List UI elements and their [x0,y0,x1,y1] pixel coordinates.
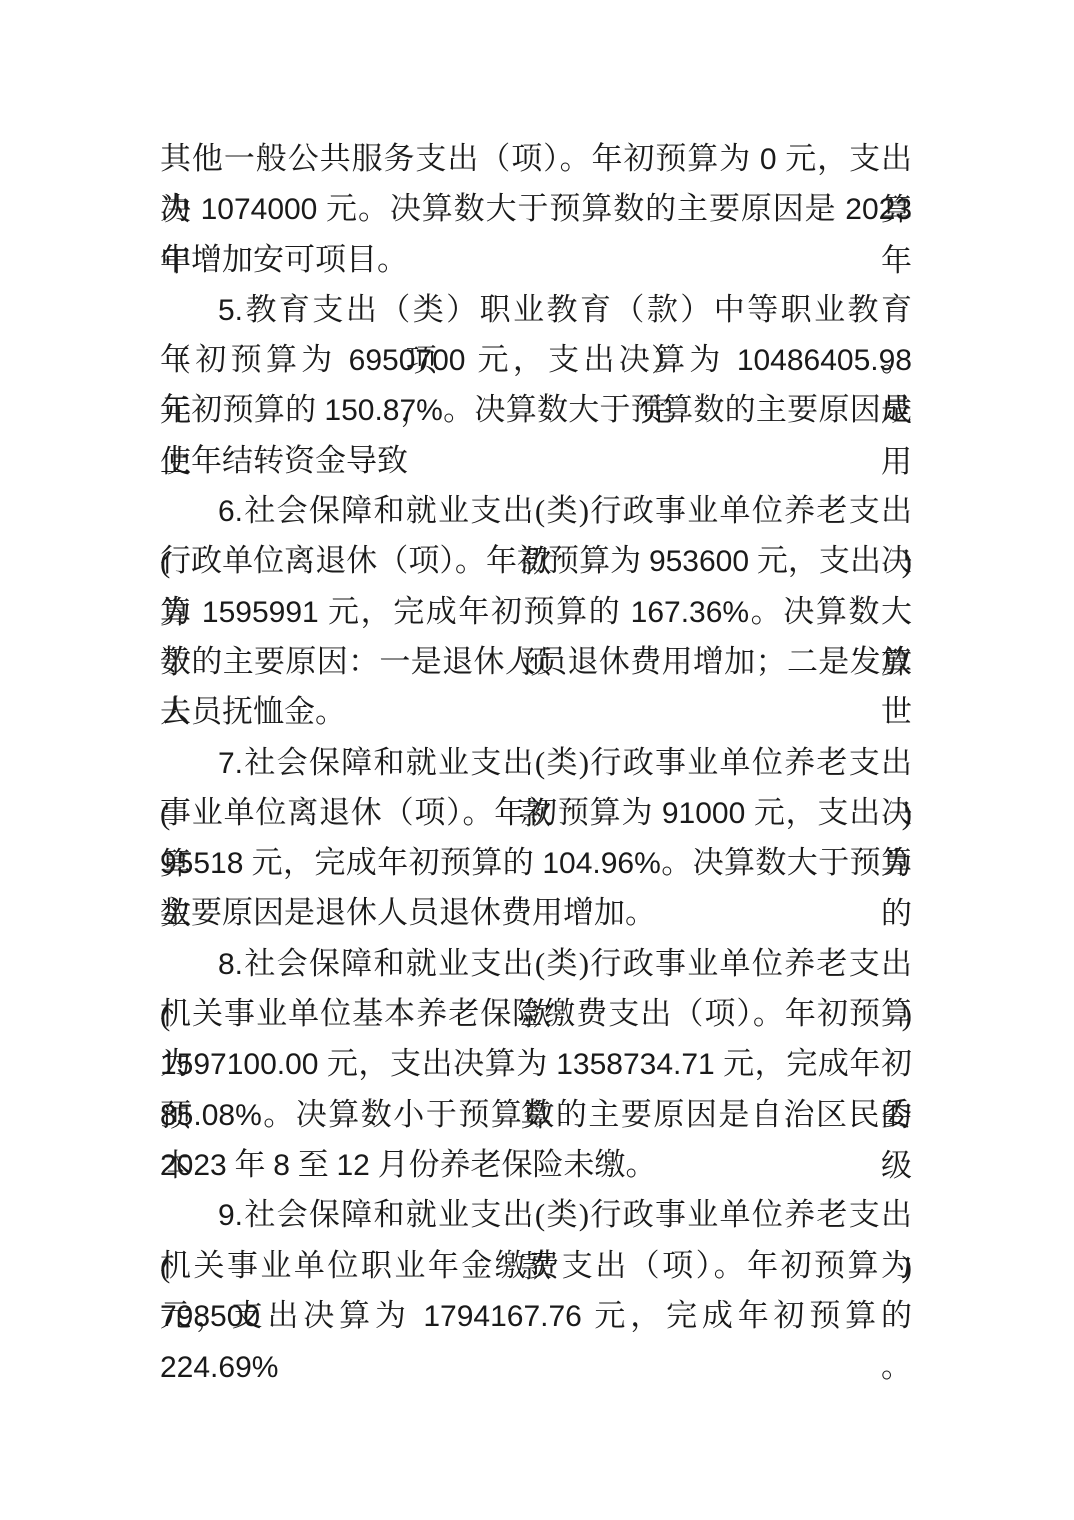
text-line: 5.教育支出（类）职业教育（款）中等职业教育（项）。 [160,285,912,335]
numeric-value: 104.96% [542,847,660,880]
text-line: 事业单位离退休（项）。年初预算为 91000 元，支出决算为 [160,788,912,838]
text-run: 至 [290,1147,337,1182]
numeric-value: 224.69% [160,1351,278,1384]
document-text-block: 其他一般公共服务支出（项）。年初预算为 0 元，支出决算为 1074000 元。… [160,134,912,1341]
text-line: 行政单位离退休（项）。年初预算为 953600 元，支出决算 [160,536,912,586]
text-line: 8.社会保障和就业支出(类)行政事业单位养老支出(款) [160,939,912,989]
text-line: 9.社会保障和就业支出(类)行政事业单位养老支出(款) [160,1190,912,1240]
numeric-value: 7. [218,747,243,780]
text-line: 7.社会保障和就业支出(类)行政事业单位养老支出(款) [160,738,912,788]
text-run: 元，完成年初预算的 [582,1298,912,1333]
numeric-value: 95518 [160,847,243,880]
text-run: 元，完成年初预算的 [319,594,631,629]
text-run: 年初预算为 [160,342,349,377]
text-line: 1597100.00 元，支出决算为 1358734.71 元，完成年初预算的 [160,1039,912,1089]
text-run: 年初预算的 [160,392,324,427]
numeric-value: 10486405.98 [737,344,912,377]
text-run: 元，支出决算为 [160,1298,423,1333]
numeric-value: 9. [218,1199,243,1232]
text-line: 6.社会保障和就业支出(类)行政事业单位养老支出(款) [160,486,912,536]
numeric-value: 167.36% [631,596,749,629]
text-run: 元，完成年初预算的 [243,845,542,880]
text-line: 元，支出决算为 1794167.76 元，完成年初预算的 224.69%。 [160,1291,912,1341]
numeric-value: 8 [273,1149,290,1182]
paragraph: 6.社会保障和就业支出(类)行政事业单位养老支出(款)行政单位离退休（项）。年初… [160,486,912,737]
text-line: 95518 元，完成年初预算的 104.96%。决算数大于预算数的 [160,838,912,888]
paragraph: 7.社会保障和就业支出(类)行政事业单位养老支出(款)事业单位离退休（项）。年初… [160,738,912,939]
text-run: 元。决算数大于预算数的主要原因是 [317,191,845,226]
numeric-value: 2023 [160,1149,227,1182]
numeric-value: 8. [218,948,243,981]
text-run: 上年结转资金导致 [160,443,408,478]
text-run: 中增加安可项目。 [160,242,408,277]
numeric-value: 12 [336,1149,369,1182]
paragraph: 9.社会保障和就业支出(类)行政事业单位养老支出(款)机关事业单位职业年金缴费支… [160,1190,912,1341]
numeric-value: 0 [760,143,777,176]
text-line: 机关事业单位职业年金缴费支出（项）。年初预算为 798500 [160,1241,912,1291]
paragraph: 其他一般公共服务支出（项）。年初预算为 0 元，支出决算为 1074000 元。… [160,134,912,285]
text-line: 85.08%。决算数小于预算数的主要原因是自治区民委本级 [160,1090,912,1140]
text-line: 数的主要原因：一是退休人员退休费用增加；二是发放去世 [160,637,912,687]
text-run: 年 [227,1147,274,1182]
numeric-value: 5. [218,294,243,327]
text-line: 为 1595991 元，完成年初预算的 167.36%。决算数大于预算 [160,587,912,637]
numeric-value: 1074000 [201,193,318,226]
text-run: 机关事业单位职业年金缴费支出（项）。年初预算为 [160,1248,912,1283]
text-line: 年初预算为 6950700 元，支出决算为 10486405.98 元，完成 [160,335,912,385]
text-line: 机关事业单位基本养老保险缴费支出（项）。年初预算为 [160,989,912,1039]
numeric-value: 6. [218,495,243,528]
numeric-value: 1794167.76 [423,1300,582,1333]
text-run: 。 [278,1349,912,1384]
numeric-value: 1595991 [202,596,319,629]
paragraph: 5.教育支出（类）职业教育（款）中等职业教育（项）。年初预算为 6950700 … [160,285,912,486]
text-run: 为 [160,594,202,629]
numeric-value: 85.08% [160,1099,262,1132]
numeric-value: 2023 [845,193,912,226]
numeric-value: 1597100.00 [160,1048,319,1081]
text-run: 月份养老保险未缴。 [370,1147,657,1182]
text-run: 人员抚恤金。 [160,694,346,729]
numeric-value: 91000 [662,797,745,830]
numeric-value: 150.87% [324,394,442,427]
text-run: 其他一般公共服务支出（项）。年初预算为 [160,141,760,176]
document-page: 其他一般公共服务支出（项）。年初预算为 0 元，支出决算为 1074000 元。… [0,0,1074,1520]
text-run: 元，支出决算为 [465,342,736,377]
numeric-value: 953600 [649,545,749,578]
text-line: 为 1074000 元。决算数大于预算数的主要原因是 2023 年年 [160,184,912,234]
text-run: 事业单位离退休（项）。年初预算为 [160,795,662,830]
text-run: 元，支出决算为 [319,1046,557,1081]
text-run: 主要原因是退休人员退休费用增加。 [160,895,656,930]
paragraph: 8.社会保障和就业支出(类)行政事业单位养老支出(款)机关事业单位基本养老保险缴… [160,939,912,1190]
text-run: 为 [160,191,201,226]
text-line: 年初预算的 150.87%。决算数大于预算数的主要原因是使用 [160,385,912,435]
text-line: 其他一般公共服务支出（项）。年初预算为 0 元，支出决算 [160,134,912,184]
numeric-value: 6950700 [349,344,466,377]
numeric-value: 1358734.71 [556,1048,715,1081]
text-run: 行政单位离退休（项）。年初预算为 [160,543,649,578]
